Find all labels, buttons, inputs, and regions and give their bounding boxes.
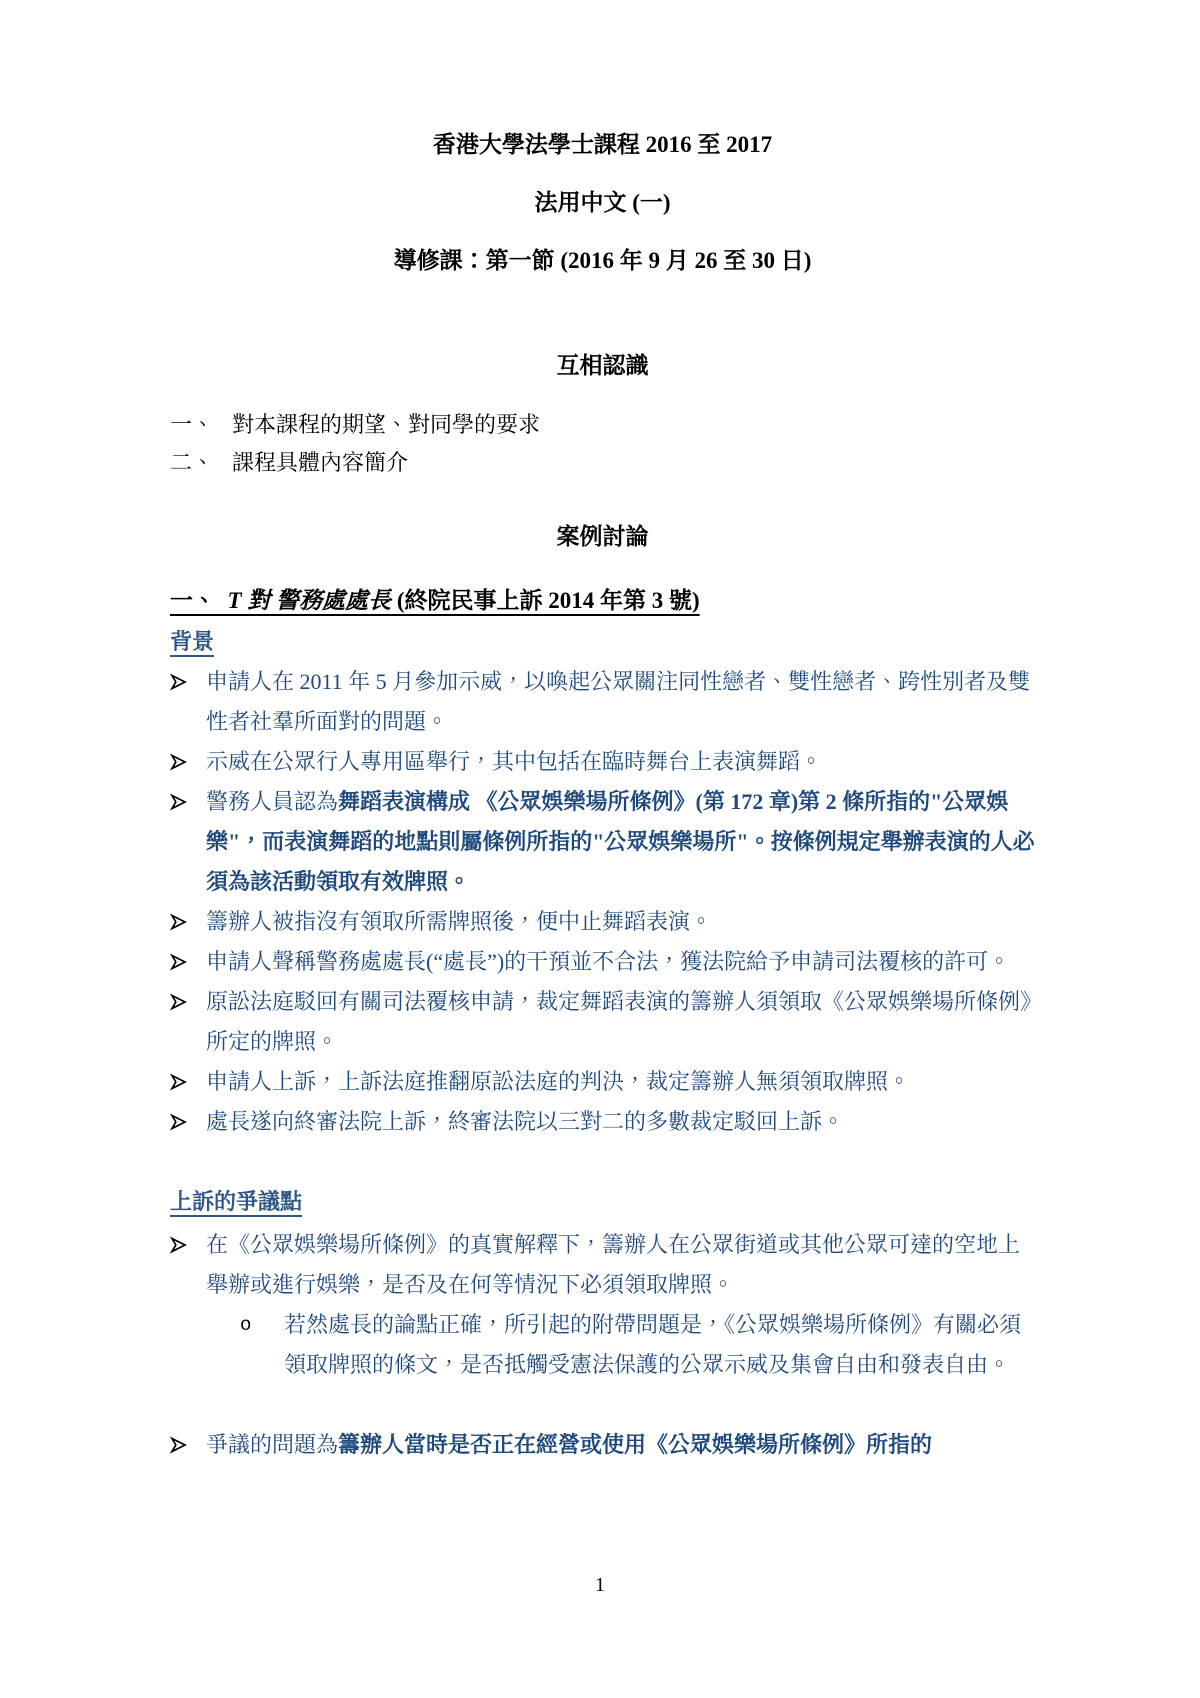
bullet-item: 申請人在 2011 年 5 月參加示威，以喚起公眾關注同性戀者、雙性戀者、跨性別… — [170, 662, 1035, 742]
list-item-text: 對本課程的期望、對同學的要求 — [232, 406, 1035, 444]
arrow-bullet-icon — [170, 1062, 206, 1102]
document-page: 香港大學法學士課程 2016 至 2017 法用中文 (一) 導修課：第一節 (… — [0, 0, 1200, 1698]
document-content: 香港大學法學士課程 2016 至 2017 法用中文 (一) 導修課：第一節 (… — [0, 0, 1200, 1465]
circle-bullet-icon: o — [240, 1305, 284, 1385]
subsection-heading-issues: 上訴的爭議點 — [170, 1187, 1035, 1217]
arrow-bullet-icon — [170, 1225, 206, 1305]
list-item: 二、 課程具體內容簡介 — [170, 444, 1035, 482]
list-item-number: 二、 — [170, 444, 232, 482]
bullet-item: 申請人聲稱警務處處長(“處長”)的干預並不合法，獲法院給予申請司法覆核的許可。 — [170, 942, 1035, 982]
subsection-heading-background: 背景 — [170, 627, 1035, 657]
bullet-item: 爭議的問題為籌辦人當時是否正在經營或使用《公眾娛樂場所條例》所指的 — [170, 1425, 1035, 1465]
doc-title-course: 香港大學法學士課程 2016 至 2017 — [170, 130, 1035, 160]
section-heading-case-discussion: 案例討論 — [170, 522, 1035, 552]
bullet-item: 在《公眾娛樂場所條例》的真實解釋下，籌辦人在公眾街道或其他公眾可達的空地上舉辦或… — [170, 1225, 1035, 1305]
arrow-bullet-icon — [170, 982, 206, 1062]
page-number: 1 — [0, 1572, 1200, 1598]
bullet-item: 示威在公眾行人專用區舉行，其中包括在臨時舞台上表演舞蹈。 — [170, 742, 1035, 782]
bullet-text: 原訟法庭駁回有關司法覆核申請，裁定舞蹈表演的籌辦人須領取《公眾娛樂場所條例》所定… — [206, 982, 1035, 1062]
bullet-item: 警務人員認為舞蹈表演構成 《公眾娛樂場所條例》(第 172 章)第 2 條所指的… — [170, 782, 1035, 902]
arrow-bullet-icon — [170, 1425, 206, 1465]
arrow-bullet-icon — [170, 782, 206, 902]
list-item-text: 課程具體內容簡介 — [232, 444, 1035, 482]
list-item: 一、 對本課程的期望、對同學的要求 — [170, 406, 1035, 444]
case-title-number: 一、 — [170, 588, 216, 613]
case-title-citation: (終院民事上訴 2014 年第 3 號) — [391, 588, 700, 613]
bullet-item: 籌辦人被指沒有領取所需牌照後，便中止舞蹈表演。 — [170, 902, 1035, 942]
bullet-text: 在《公眾娛樂場所條例》的真實解釋下，籌辦人在公眾街道或其他公眾可達的空地上舉辦或… — [206, 1225, 1035, 1305]
issues-bullet-list: 在《公眾娛樂場所條例》的真實解釋下，籌辦人在公眾街道或其他公眾可達的空地上舉辦或… — [170, 1225, 1035, 1465]
arrow-bullet-icon — [170, 662, 206, 742]
bullet-text: 爭議的問題為籌辦人當時是否正在經營或使用《公眾娛樂場所條例》所指的 — [206, 1425, 1035, 1465]
arrow-bullet-icon — [170, 902, 206, 942]
bullet-text: 警務人員認為舞蹈表演構成 《公眾娛樂場所條例》(第 172 章)第 2 條所指的… — [206, 782, 1035, 902]
bullet-text: 處長遂向終審法院上訴，終審法院以三對二的多數裁定駁回上訴。 — [206, 1102, 1035, 1142]
bullet-text: 示威在公眾行人專用區舉行，其中包括在臨時舞台上表演舞蹈。 — [206, 742, 1035, 782]
bullet-item: 處長遂向終審法院上訴，終審法院以三對二的多數裁定駁回上訴。 — [170, 1102, 1035, 1142]
bullet-text: 籌辦人被指沒有領取所需牌照後，便中止舞蹈表演。 — [206, 902, 1035, 942]
doc-title-session: 導修課：第一節 (2016 年 9 月 26 至 30 日) — [170, 246, 1035, 276]
arrow-bullet-icon — [170, 1102, 206, 1142]
doc-title-subject: 法用中文 (一) — [170, 188, 1035, 218]
arrow-bullet-icon — [170, 742, 206, 782]
bullet-text: 申請人聲稱警務處處長(“處長”)的干預並不合法，獲法院給予申請司法覆核的許可。 — [206, 942, 1035, 982]
bullet-item: 原訟法庭駁回有關司法覆核申請，裁定舞蹈表演的籌辦人須領取《公眾娛樂場所條例》所定… — [170, 982, 1035, 1062]
background-bullet-list: 申請人在 2011 年 5 月參加示威，以喚起公眾關注同性戀者、雙性戀者、跨性別… — [170, 662, 1035, 1142]
case-title: 一、 T 對 警務處處長 (終院民事上訴 2014 年第 3 號) — [170, 585, 1035, 617]
intro-list: 一、 對本課程的期望、對同學的要求 二、 課程具體內容簡介 — [170, 406, 1035, 482]
bullet-text: 若然處長的論點正確，所引起的附帶問題是，《公眾娛樂場所條例》有關必須領取牌照的條… — [284, 1305, 1035, 1385]
bullet-text: 申請人上訴，上訴法庭推翻原訟法庭的判決，裁定籌辦人無須領取牌照。 — [206, 1062, 1035, 1102]
section-heading-introductions: 互相認識 — [170, 351, 1035, 381]
case-title-name: T 對 警務處處長 — [228, 588, 392, 613]
bullet-item: o若然處長的論點正確，所引起的附帶問題是，《公眾娛樂場所條例》有關必須領取牌照的… — [240, 1305, 1035, 1385]
bullet-text: 申請人在 2011 年 5 月參加示威，以喚起公眾關注同性戀者、雙性戀者、跨性別… — [206, 662, 1035, 742]
bullet-item: 申請人上訴，上訴法庭推翻原訟法庭的判決，裁定籌辦人無須領取牌照。 — [170, 1062, 1035, 1102]
list-item-number: 一、 — [170, 406, 232, 444]
arrow-bullet-icon — [170, 942, 206, 982]
